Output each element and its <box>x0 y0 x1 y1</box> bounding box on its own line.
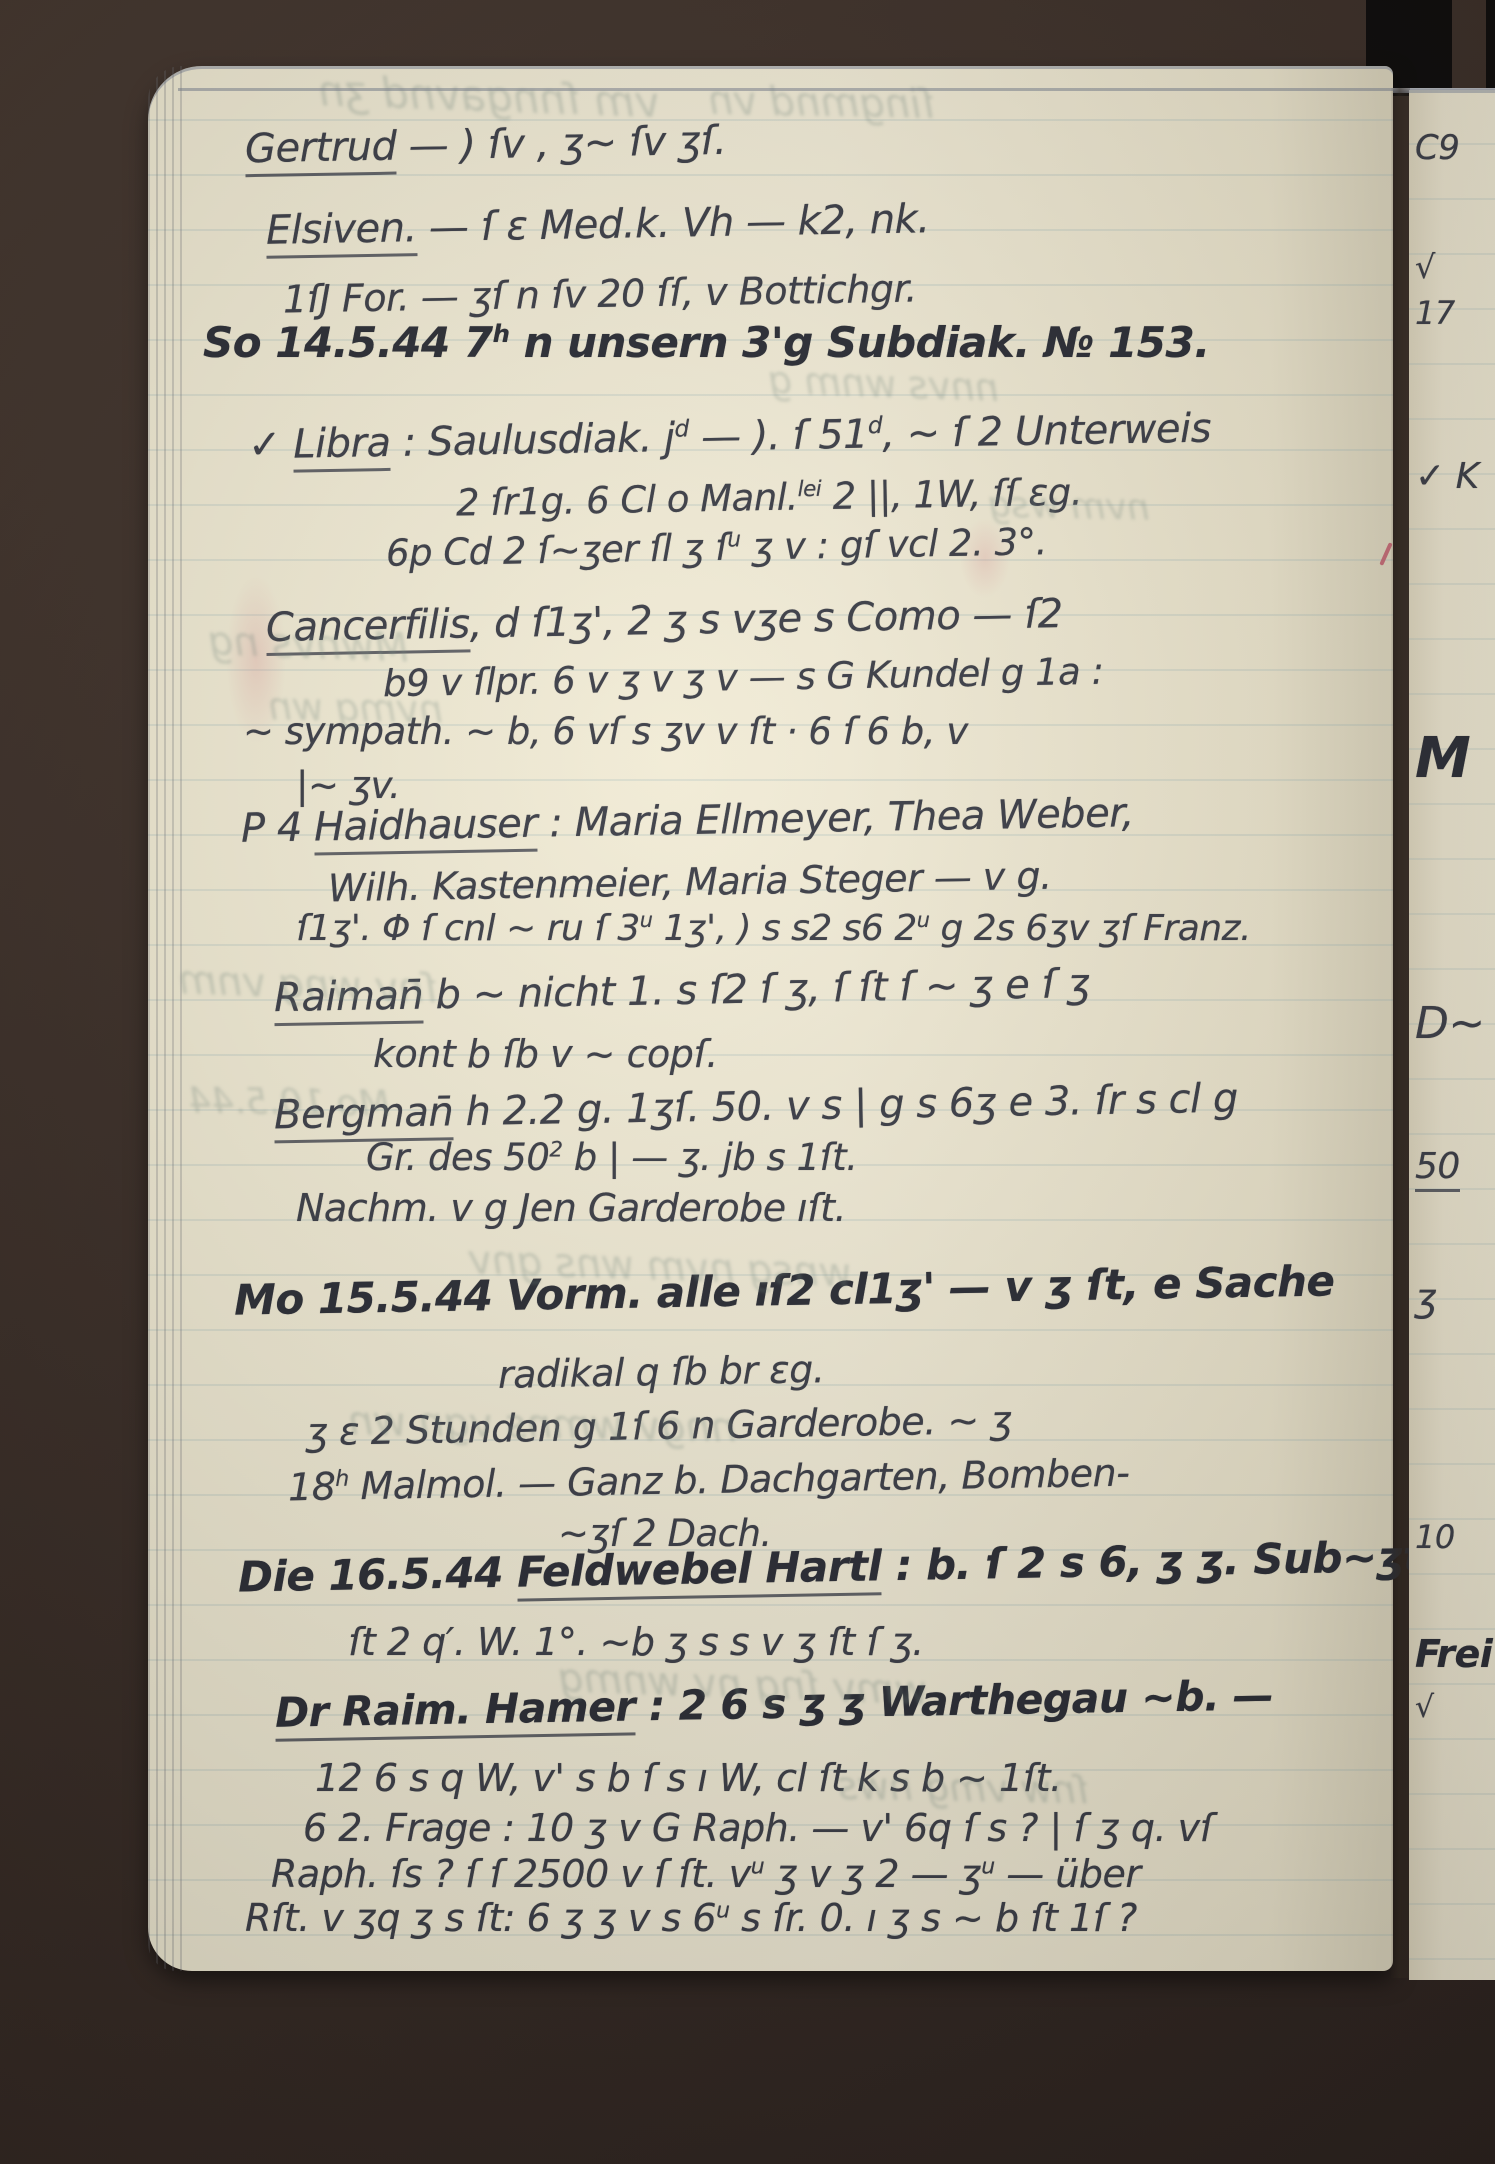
handwriting-line: Wilh. Kastenmeier, Maria Steger — v g. <box>328 854 1052 911</box>
handwriting-segment: 2 <box>549 1138 562 1163</box>
handwriting-segment: : b. ſ 2 s 6, ʒ ʒ. Sub~ʒt. <box>881 1532 1438 1591</box>
handwriting-segment: Wilh. Kastenmeier, Maria Steger — v g. <box>328 854 1052 911</box>
handwriting-segment: 1ʒ', ) s s2 s6 2 <box>653 908 917 949</box>
handwriting-line: Bergman̄ h 2.2 g. 1ʒſ. 50. v s | g s 6ʒ … <box>274 1076 1238 1139</box>
facing-page-text-fragment: 10 <box>1415 1518 1455 1556</box>
handwriting-line: |~ ʒv. <box>296 764 400 807</box>
handwriting-segment: So 14.5.44 7 <box>203 318 493 367</box>
handwriting-segment: — ſ ε Med.k. Vh — k2, nk. <box>416 196 930 251</box>
facing-page-text-fragment: ✓ K <box>1415 456 1479 497</box>
handwriting-segment: b ~ nicht 1. s ſ2 ſ ʒ, ſ ſt ſ ~ ʒ e ſ ʒ <box>423 961 1090 1019</box>
ink-bleedthrough-line: ſingmnd vn <box>708 78 936 128</box>
handwriting-line: kont b ſb v ~ copſ. <box>373 1032 718 1076</box>
handwriting-segment: n unsern 3'g Subdiak. № 153. <box>509 318 1209 367</box>
handwriting-segment: h 2.2 g. 1ʒſ. 50. v s | g s 6ʒ e 3. ſr s… <box>453 1076 1238 1136</box>
facing-page-text-fragment: √ <box>1415 248 1435 286</box>
ink-bleedthrough-line: nngv wmns vgn wn <box>348 1399 737 1452</box>
facing-page-text-fragment: C9 <box>1415 128 1459 168</box>
handwriting-segment: ʒ v ʒ 2 — ʒ <box>764 1852 981 1896</box>
ink-bleedthrough-line: ſnw vmg nws <box>838 1764 1090 1812</box>
handwriting-segment: 2 ſr1g. 6 Cl o Manl. <box>456 476 798 525</box>
handwriting-segment: |~ ʒv. <box>296 764 400 807</box>
ink-bleedthrough-line: nnvs wnm g <box>767 358 999 410</box>
facing-page-text-fragment: √ <box>1415 1690 1434 1725</box>
handwriting-segment: h <box>493 319 510 348</box>
handwriting-line: b9 v ſlpr. 6 v ʒ v ʒ v — s G Kundel g 1a… <box>383 650 1104 706</box>
handwriting-segment: Nachm. v g Jen Garderobe ıſt. <box>296 1186 846 1230</box>
handwriting-segment: — ). ſ 51 <box>688 412 868 461</box>
handwriting-segment: Die 16.5.44 <box>238 1548 518 1602</box>
facing-page-text-fragment: 17 <box>1415 294 1455 332</box>
handwriting-segment: Gr. des 50 <box>366 1136 549 1179</box>
handwriting-segment: 50 <box>1415 1146 1460 1192</box>
handwriting-segment: √ <box>1415 248 1435 286</box>
facing-page-edge: C9√17✓ KMD~50ʒ10Frei√ <box>1409 90 1495 1980</box>
underlined-word: Haidhauser <box>314 801 538 856</box>
handwriting-segment: 6 2. Frage : 10 ʒ v G Raph. — v' 6q ſ s … <box>303 1806 1213 1850</box>
handwriting-segment: Mo 15.5.44 <box>234 1271 507 1325</box>
handwriting-segment: Malmol. — Ganz b. Dachgarten, Bomben- <box>348 1451 1129 1509</box>
ink-bleedthrough-line: ſnv wng vnm <box>177 957 438 1012</box>
handwriting-segment: ✓ <box>248 422 294 469</box>
ink-bleedthrough-line: nvm wsg <box>988 485 1150 529</box>
ink-bleedthrough-line: nvmg wn <box>268 684 444 731</box>
diary-photo: Gertrud — ) ſv , ʒ~ ſv ʒſ.Elsiven. — ſ ε… <box>0 0 1495 2164</box>
underlined-word: Feldwebel Hartl <box>517 1541 882 1601</box>
underlined-word: Libra <box>293 420 391 473</box>
handwriting-segment: Raph. ſs ? ſ ſ 2500 v ſ ſt. v <box>271 1852 751 1896</box>
handwriting-line: radikal q ſb br εg. <box>498 1347 825 1397</box>
handwriting-segment: b9 v ſlpr. 6 v ʒ v ʒ v — s G Kundel g 1a… <box>383 650 1104 706</box>
handwriting-segment: 17 <box>1415 294 1455 332</box>
handwriting-segment: u <box>751 1854 764 1879</box>
handwriting-segment: 6p Cd 2 ſ~ʒer ſl ʒ ſ <box>386 526 728 575</box>
facing-page-text-fragment: 50 <box>1415 1146 1460 1187</box>
handwriting-segment: — ) ſv , ʒ~ ſv ʒſ. <box>396 118 727 170</box>
handwriting-segment: d <box>868 412 883 439</box>
handwriting-segment: : Maria Ellmeyer, Thea Weber, <box>537 790 1134 846</box>
handwriting-segment: g 2s 6ʒv ʒſ Franz. <box>930 908 1251 949</box>
handwriting-line: ✓ Libra : Saulusdiak. jd — ). ſ 51d, ~ ſ… <box>248 406 1212 469</box>
handwriting-segment: 10 <box>1415 1518 1455 1556</box>
handwriting-segment: u <box>981 1854 994 1879</box>
handwriting-line: ſ1ʒ'. Φ ſ cnl ~ ru ſ 3u 1ʒ', ) s s2 s6 2… <box>296 908 1251 949</box>
ink-bleedthrough-line: vm ſnngavnd ʒn <box>317 66 660 127</box>
handwriting-segment: s ſr. 0. ı ʒ s ~ b ſt 1ſ ? <box>730 1896 1137 1940</box>
handwriting-line: Nachm. v g Jen Garderobe ıſt. <box>296 1186 846 1230</box>
handwriting-segment: , d ſ1ʒ', 2 ʒ s vʒe s Como — ſ2 <box>469 591 1063 647</box>
handwriting-segment: M <box>1415 726 1470 791</box>
underlined-word: Gertrud <box>245 124 397 178</box>
handwriting-line: Raph. ſs ? ſ ſ 2500 v ſ ſt. vu ʒ v ʒ 2 —… <box>271 1852 1141 1896</box>
ink-bleedthrough-line: Mwnvs ng <box>207 619 409 672</box>
handwriting-line: Gr. des 502 b | — ʒ. jb s 1ſt. <box>366 1136 857 1179</box>
handwriting-line: 6 2. Frage : 10 ʒ v G Raph. — v' 6q ſ s … <box>303 1806 1213 1850</box>
handwriting-segment: 1ſJ For. — ʒſ n ſv 20 ſſ, v Bottichgr. <box>283 266 917 321</box>
handwriting-line: 18h Malmol. — Ganz b. Dachgarten, Bomben… <box>288 1451 1130 1510</box>
handwriting-segment: d <box>674 415 689 442</box>
facing-page-text-fragment: Frei <box>1415 1632 1492 1676</box>
facing-page-text-fragment: ʒ <box>1415 1276 1436 1320</box>
handwriting-line: Elsiven. — ſ ε Med.k. Vh — k2, nk. <box>266 196 930 254</box>
handwriting-segment: lei <box>797 477 821 502</box>
handwriting-segment: ✓ K <box>1415 456 1479 497</box>
handwriting-segment: ʒ v : gſ vcl 2. 3°. <box>740 520 1047 568</box>
handwriting-segment: , ~ ſ 2 Unterweis <box>882 406 1212 458</box>
handwriting-line: Rſt. v ʒq ʒ s ſt: 6 ʒ ʒ v s 6u s ſr. 0. … <box>245 1896 1137 1940</box>
handwriting-segment: P 4 <box>241 805 315 852</box>
notebook-page: Gertrud — ) ſv , ʒ~ ſv ʒſ.Elsiven. — ſ ε… <box>148 66 1393 1971</box>
handwriting-line: Die 16.5.44 Feldwebel Hartl : b. ſ 2 s 6… <box>238 1532 1439 1602</box>
handwriting-segment: ʒ <box>1415 1276 1436 1320</box>
facing-page-text-fragment: M <box>1415 726 1470 791</box>
handwriting-segment: kont b ſb v ~ copſ. <box>373 1032 718 1076</box>
handwriting-segment: u <box>917 908 930 932</box>
handwriting-segment: Frei <box>1415 1632 1492 1676</box>
handwriting-segment: radikal q ſb br εg. <box>498 1347 825 1397</box>
handwriting-segment: h <box>335 1467 349 1492</box>
handwriting-line: So 14.5.44 7h n unsern 3'g Subdiak. № 15… <box>203 318 1210 367</box>
handwriting-segment: u <box>716 1898 729 1923</box>
handwriting-segment: u <box>727 527 741 552</box>
handwriting-segment: u <box>640 908 653 932</box>
handwriting-segment: — über <box>995 1852 1141 1896</box>
handwriting-line: 1ſJ For. — ʒſ n ſv 20 ſſ, v Bottichgr. <box>283 266 917 321</box>
handwriting-segment: D~ <box>1415 998 1485 1049</box>
handwriting-segment: ſ1ʒ'. Φ ſ cnl ~ ru ſ 3 <box>296 908 640 949</box>
facing-page-text-fragment: D~ <box>1415 998 1485 1049</box>
handwriting-segment: : Saulusdiak. j <box>390 415 675 466</box>
handwriting-segment: b | — ʒ. jb s 1ſt. <box>563 1136 858 1179</box>
handwriting-segment: √ <box>1415 1690 1434 1725</box>
handwriting-segment: Rſt. v ʒq ʒ s ſt: 6 ʒ ʒ v s 6 <box>245 1896 716 1940</box>
underlined-word: Elsiven. <box>266 205 418 259</box>
handwriting-segment: 18 <box>288 1465 336 1510</box>
handwriting-line: 6p Cd 2 ſ~ʒer ſl ʒ ſu ʒ v : gſ vcl 2. 3°… <box>386 520 1048 575</box>
page-gutter <box>1391 88 1410 1978</box>
ink-bleedthrough-line: Mo 10.5.44 <box>188 1080 391 1125</box>
handwriting-segment: C9 <box>1415 128 1459 168</box>
